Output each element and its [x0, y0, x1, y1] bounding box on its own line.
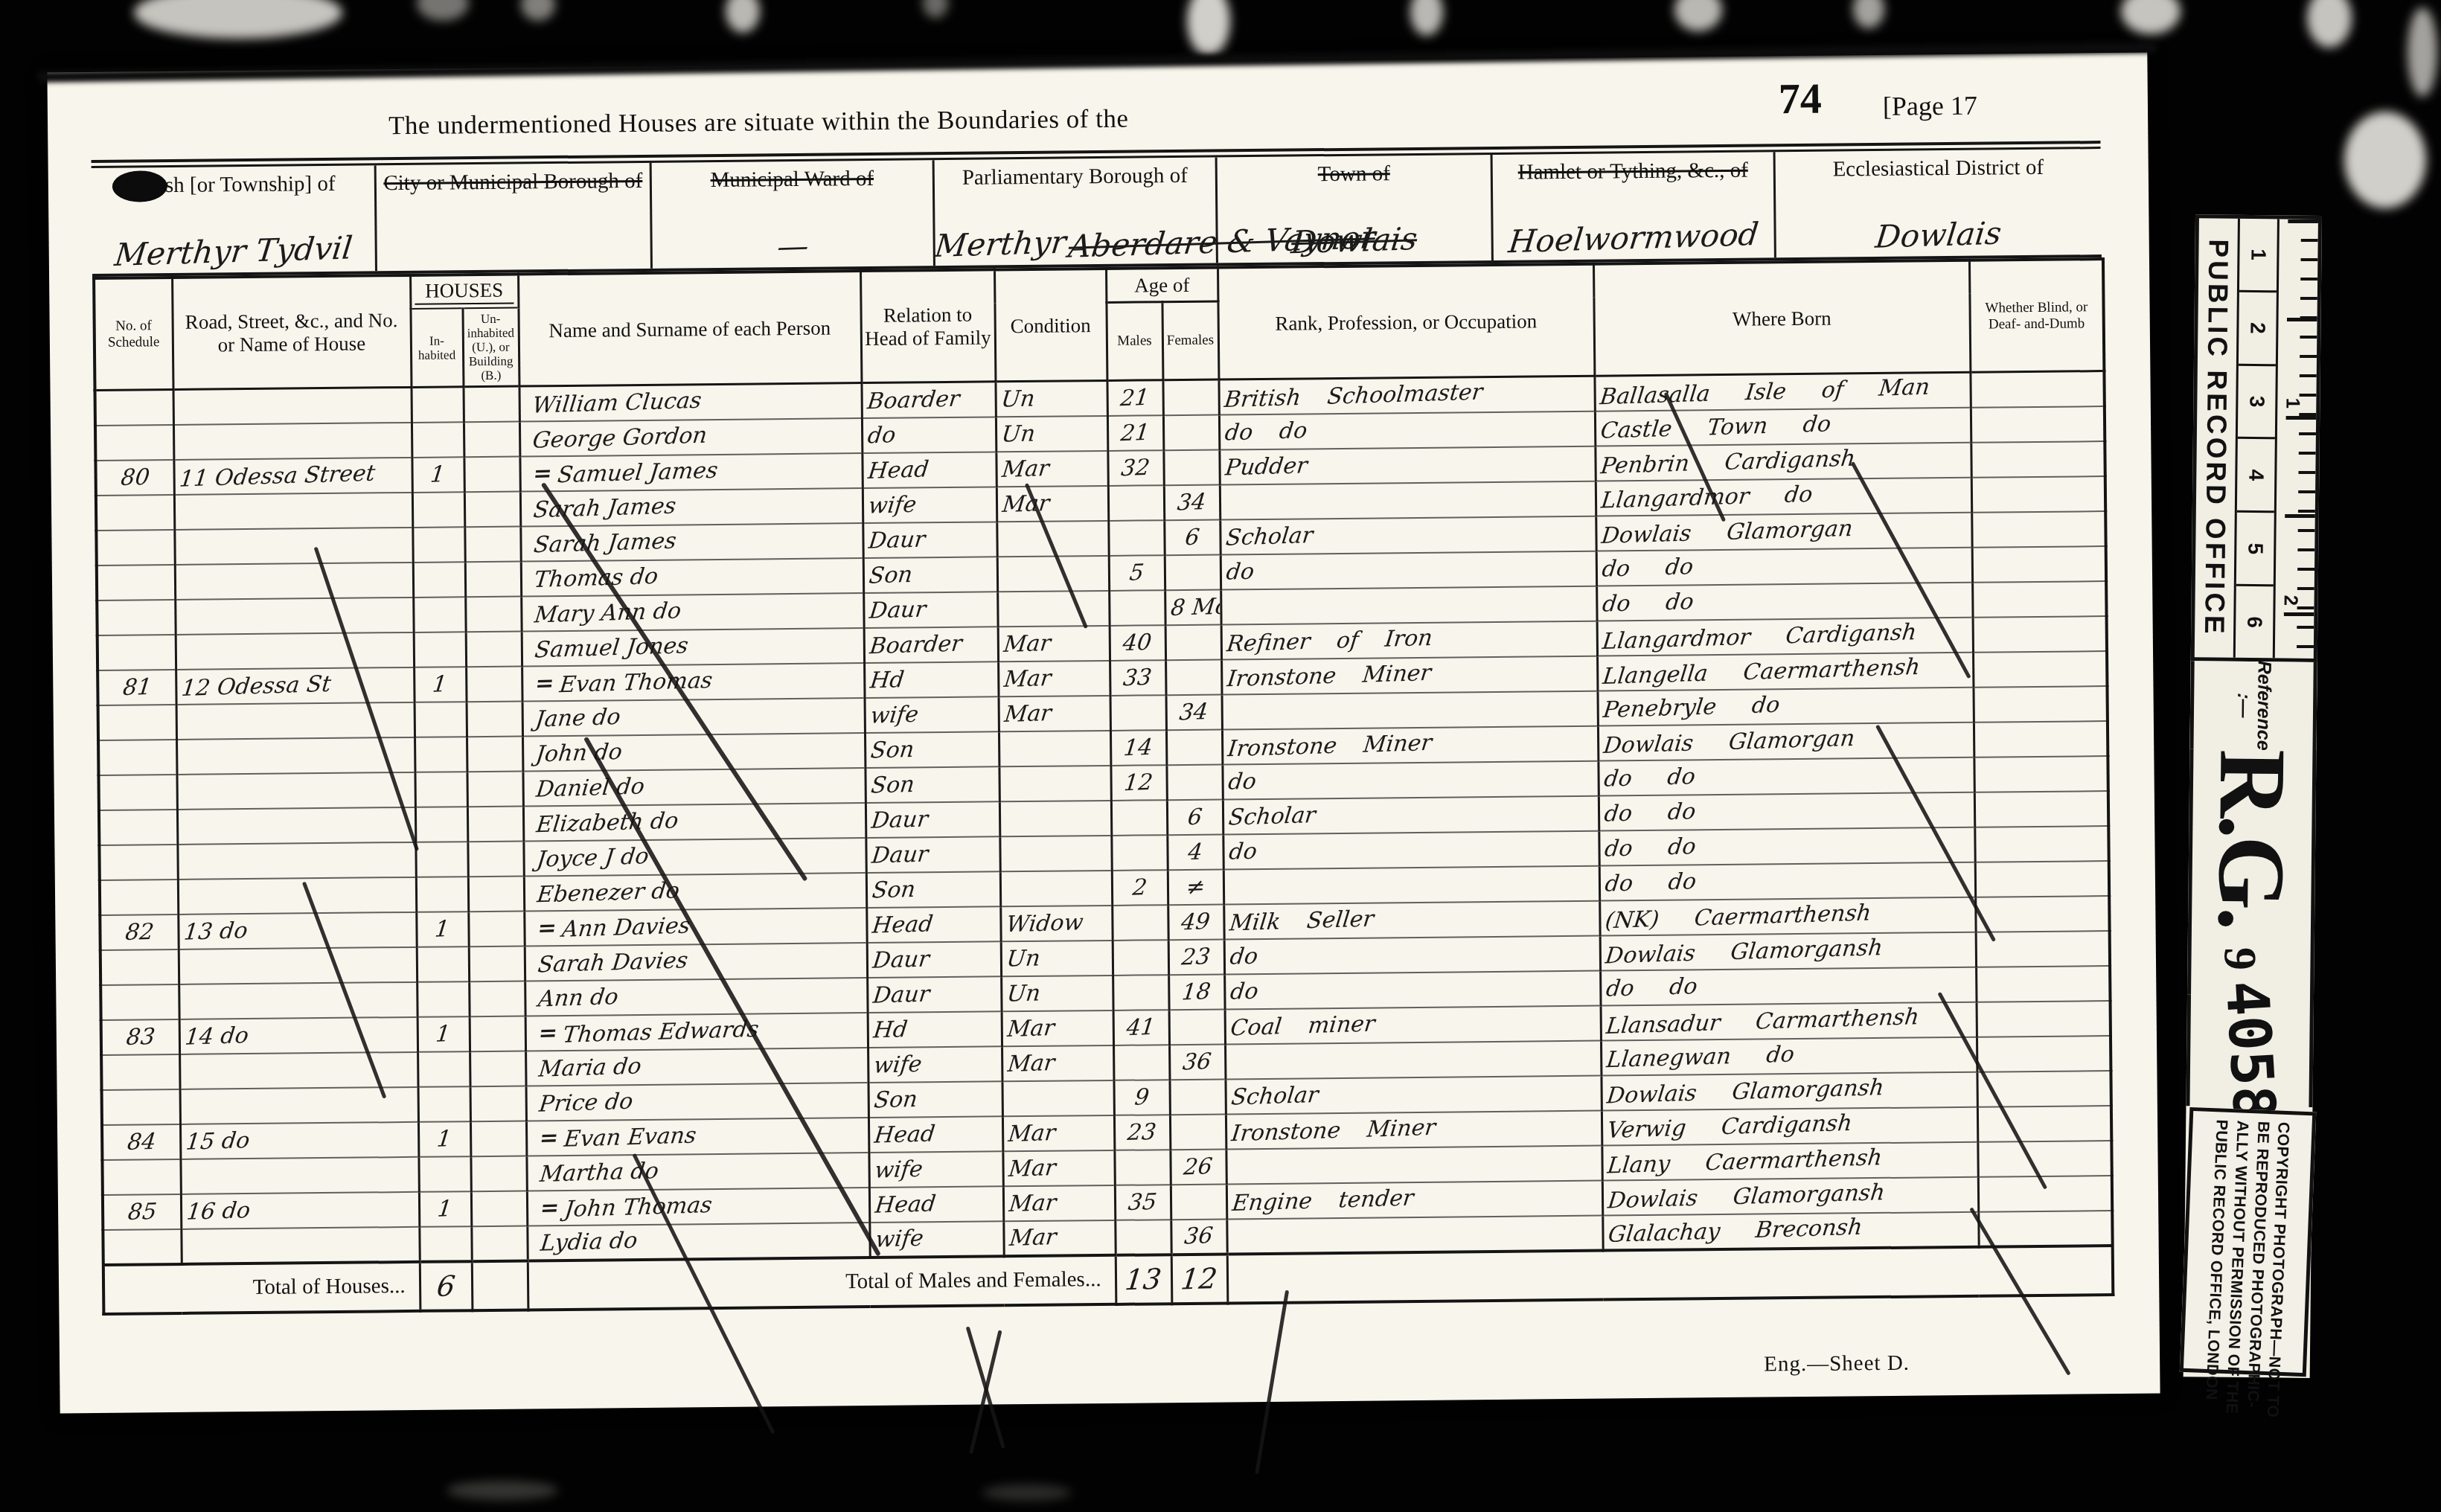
address-cell — [181, 1227, 419, 1264]
born-cell: Dowlais Glamorgansh — [1602, 1177, 1978, 1216]
age-male-cell: 40 — [1110, 625, 1165, 661]
occupation-cell: Engine tender — [1226, 1180, 1602, 1219]
age-male-cell — [1115, 1220, 1171, 1255]
uninhabited-cell — [470, 1016, 525, 1051]
address-cell — [179, 947, 417, 984]
age-male-cell: 23 — [1114, 1115, 1170, 1150]
relation-cell: Hd — [868, 1011, 1002, 1048]
name-cell: Sarah Davies — [525, 943, 867, 981]
relation-cell: Daur — [866, 801, 999, 838]
condition-cell: Un — [1001, 941, 1113, 976]
age-female-cell: 6 — [1167, 799, 1223, 835]
age-male-cell — [1112, 905, 1168, 941]
infirmity-cell — [1974, 826, 2108, 862]
name-cell: Sarah James — [520, 488, 863, 526]
condition-cell: Mar — [1003, 1220, 1115, 1256]
born-cell: Llany Caermarthensh — [1602, 1142, 1977, 1181]
condition-cell: Un — [1001, 976, 1113, 1011]
name-cell: Daniel do — [522, 768, 865, 806]
born-cell: do do — [1598, 757, 1974, 796]
name-cell: Ebenezer do — [524, 873, 866, 911]
age-female-cell: 34 — [1164, 484, 1220, 520]
age-male-cell: 9 — [1113, 1080, 1169, 1115]
relation-cell: Head — [868, 1116, 1002, 1153]
piece-number: 4058 — [2213, 979, 2288, 1123]
series-code: R.G. — [2196, 749, 2308, 929]
scale-number: 6 — [2236, 586, 2274, 658]
born-cell: do do — [1600, 967, 1976, 1006]
field-parliamentary-borough: Parliamentary Borough of Merthyr Aberdar… — [932, 158, 1216, 266]
inhabited-cell: 1 — [412, 457, 464, 493]
address-cell — [173, 388, 412, 425]
schedule-cell: 84 — [102, 1124, 180, 1160]
field-borough: City or Municipal Borough of — [374, 163, 650, 272]
address-cell — [179, 1052, 418, 1089]
page-number-label: [Page 17 — [1883, 90, 1977, 122]
uninhabited-cell — [465, 596, 521, 632]
infirmity-cell — [1977, 1141, 2111, 1177]
film-artifact — [726, 0, 760, 33]
occupation-cell: do — [1224, 971, 1600, 1010]
age-female-cell: 36 — [1169, 1044, 1225, 1080]
film-artifact — [2121, 0, 2181, 34]
field-hamlet: Hamlet or Tything, &c., of Hoelwormwood — [1491, 152, 1774, 260]
reference-label: Reference :— — [2189, 661, 2317, 750]
total-females-value: 12 — [1180, 1262, 1219, 1296]
col-born: Where Born — [1593, 260, 1970, 377]
condition-cell: Un — [996, 416, 1107, 452]
relation-cell: Boarder — [861, 382, 995, 418]
age-female-cell: 36 — [1171, 1219, 1226, 1255]
occupation-cell: Ironstone Miner — [1222, 726, 1598, 765]
relation-cell: Head — [862, 452, 996, 488]
relation-cell: Son — [865, 766, 999, 803]
field-ecclesiastical-district: Ecclesiastical District of Dowlais — [1773, 149, 2102, 257]
field-parish: Parish [or Township] of Merthyr Tydvil — [92, 165, 375, 274]
age-male-cell: 5 — [1109, 555, 1165, 591]
film-artifact — [1410, 0, 1443, 36]
infirmity-cell — [1977, 1106, 2111, 1142]
infirmity-cell — [1973, 616, 2107, 653]
pen-stroke — [1255, 1290, 1289, 1474]
name-cell: Joyce J do — [523, 838, 866, 876]
age-female-cell: 26 — [1170, 1149, 1226, 1185]
born-cell: Dowlais Glamorgansh — [1600, 932, 1976, 971]
relation-cell: wife — [869, 1221, 1003, 1258]
condition-cell: Mar — [1002, 1010, 1113, 1046]
condition-cell — [1002, 1080, 1113, 1116]
address-cell — [176, 772, 415, 810]
infirmity-cell — [1972, 546, 2106, 583]
col-age: Age of — [1106, 268, 1218, 303]
schedule-cell — [102, 1089, 180, 1125]
uninhabited-cell — [465, 561, 521, 597]
name-cell: John do — [522, 733, 865, 771]
infirmity-cell — [1977, 1036, 2111, 1072]
field-label: Town of — [1318, 161, 1390, 186]
field-value: Merthyr — [933, 224, 1068, 264]
scale-number: 5 — [2236, 513, 2274, 586]
uninhabited-cell — [467, 701, 522, 737]
born-cell: Dowlais Glamorgansh — [1601, 1072, 1977, 1111]
field-label: City or Municipal Borough of — [383, 169, 642, 195]
name-cell: =John Thomas — [527, 1188, 869, 1226]
inhabited-cell — [412, 387, 464, 423]
occupation-cell — [1225, 1040, 1601, 1079]
occupation-cell: Ironstone Miner — [1226, 1110, 1602, 1149]
age-male-cell: 32 — [1107, 450, 1163, 486]
col-condition: Condition — [994, 269, 1107, 382]
infirmity-cell — [1971, 406, 2105, 443]
schedule-cell — [95, 425, 173, 461]
address-cell: 15 do — [180, 1122, 418, 1159]
address-cell: 13 do — [178, 912, 416, 949]
inhabited-cell: 1 — [414, 667, 466, 702]
schedule-cell — [98, 740, 176, 775]
age-female-cell — [1170, 1114, 1226, 1150]
infirmity-cell — [1978, 1176, 2112, 1212]
relation-cell: wife — [868, 1151, 1002, 1188]
inhabited-cell — [416, 877, 468, 912]
occupation-cell: Pudder — [1219, 446, 1595, 485]
ruler-inch-2: 2 — [2280, 595, 2303, 606]
age-female-cell — [1171, 1184, 1226, 1220]
age-male-cell: 33 — [1110, 660, 1165, 696]
schedule-start-mark: = — [539, 1195, 559, 1222]
scale-number: 1 — [2239, 219, 2277, 292]
total-houses-value: 6 — [435, 1269, 457, 1303]
schedule-cell — [100, 949, 179, 985]
ruler-ticks: 1 2 — [2273, 219, 2318, 659]
uninhabited-cell — [466, 666, 522, 702]
film-artifact — [1674, 0, 1722, 31]
infirmity-cell — [1974, 721, 2108, 757]
relation-cell: Head — [869, 1186, 1003, 1223]
infirmity-cell — [1970, 371, 2104, 408]
age-male-cell — [1113, 1045, 1169, 1080]
uninhabited-cell — [470, 1121, 526, 1156]
occupation-cell: Ironstone Miner — [1221, 656, 1597, 695]
relation-cell: Son — [863, 557, 997, 593]
address-cell — [178, 877, 416, 914]
field-value: Dowlais — [1874, 215, 2003, 255]
folio-number: 74 — [1779, 74, 1823, 124]
uninhabited-cell — [471, 1191, 527, 1226]
uninhabited-cell — [469, 981, 525, 1016]
age-male-cell: 21 — [1107, 380, 1162, 416]
condition-cell — [999, 836, 1111, 871]
inhabited-cell — [415, 702, 467, 737]
field-value: — — [775, 227, 810, 264]
name-cell: =Thomas Edwards — [525, 1013, 868, 1051]
born-cell: Glalachay Breconsh — [1602, 1212, 1978, 1251]
uninhabited-cell — [467, 841, 523, 877]
name-cell: =Samuel James — [519, 453, 862, 491]
age-female-cell: 34 — [1166, 694, 1222, 730]
address-cell — [179, 982, 417, 1019]
address-cell: 12 Odessa St — [176, 667, 414, 705]
uninhabited-cell — [470, 1086, 526, 1121]
uninhabited-cell — [470, 1156, 526, 1191]
schedule-start-mark: = — [536, 915, 556, 942]
name-cell: Jane do — [522, 698, 865, 736]
address-cell — [177, 842, 415, 880]
total-males-females-label: Total of Males and Females... — [528, 1255, 1116, 1310]
film-artifact — [2408, 7, 2437, 97]
relation-cell: Boarder — [864, 627, 998, 663]
schedule-cell: 83 — [101, 1019, 179, 1055]
born-cell: Ballasalla Isle of Man — [1594, 373, 1970, 411]
born-cell: Penebryle do — [1598, 688, 1974, 726]
born-cell: (NK) Caermarthensh — [1599, 897, 1975, 936]
age-male-cell — [1108, 520, 1164, 556]
born-cell: do do — [1599, 862, 1975, 901]
condition-cell: Mar — [996, 451, 1107, 487]
relation-cell: Hd — [864, 661, 998, 698]
infirmity-cell — [1974, 791, 2108, 827]
address-cell: 14 do — [179, 1017, 418, 1054]
age-male-cell: 35 — [1115, 1185, 1171, 1220]
infirmity-cell — [1975, 896, 2109, 932]
col-uninhabited: Un-inhabited (U.), or Building (B.) — [462, 308, 519, 387]
born-cell: Penbrin Cardigansh — [1595, 443, 1971, 481]
copyright-notice: COPYRIGHT PHOTOGRAPH—NOT TO BE REPRODUCE… — [2180, 1107, 2317, 1377]
inhabited-cell — [415, 772, 467, 807]
name-cell: =Evan Thomas — [522, 663, 864, 701]
uninhabited-cell — [467, 736, 522, 772]
film-artifact — [923, 0, 948, 18]
uninhabited-cell — [467, 806, 523, 842]
occupation-cell: Coal miner — [1225, 1005, 1601, 1044]
condition-cell: Mar — [1002, 1045, 1113, 1081]
uninhabited-cell — [471, 1226, 527, 1261]
relation-cell: Son — [868, 1081, 1002, 1118]
inhabited-cell — [412, 527, 464, 563]
relation-cell: Daur — [867, 941, 1001, 978]
address-cell: 11 Odessa Street — [173, 458, 412, 495]
inhabited-cell — [419, 1226, 471, 1262]
condition-cell — [1000, 871, 1112, 906]
infirmity-cell — [1977, 1001, 2111, 1037]
infirmity-cell — [1976, 931, 2110, 967]
name-cell: Ann do — [525, 978, 867, 1016]
age-male-cell: 21 — [1107, 415, 1163, 451]
address-cell — [174, 528, 412, 565]
age-male-cell — [1114, 1150, 1170, 1185]
relation-cell: wife — [868, 1046, 1002, 1083]
infirmity-cell — [1974, 756, 2108, 792]
age-male-cell — [1113, 940, 1168, 976]
schedule-cell: 81 — [97, 670, 176, 705]
occupation-cell — [1220, 586, 1596, 625]
schedule-cell — [100, 984, 179, 1020]
name-cell: George Gordon — [519, 418, 862, 456]
inhabited-cell — [415, 842, 467, 877]
reference-piece-box: 4058 — [2186, 994, 2314, 1107]
age-female-cell: 6 — [1164, 519, 1220, 555]
schedule-cell — [98, 775, 176, 810]
uninhabited-cell — [463, 386, 519, 422]
age-female-cell: 18 — [1168, 974, 1224, 1010]
schedule-start-mark: = — [538, 1125, 558, 1152]
census-page: The undermentioned Houses are situate wi… — [47, 52, 2160, 1413]
uninhabited-cell — [470, 1051, 525, 1086]
col-females: Females — [1162, 301, 1218, 380]
condition-cell — [999, 731, 1110, 766]
total-males-value: 13 — [1124, 1263, 1163, 1297]
infirmity-cell — [1971, 476, 2105, 513]
address-cell — [177, 807, 415, 845]
schedule-cell — [98, 705, 176, 740]
age-male-cell — [1111, 835, 1167, 871]
condition-cell — [997, 556, 1109, 592]
uninhabited-cell — [466, 631, 522, 667]
occupation-cell: do — [1223, 831, 1599, 870]
inhabited-cell — [414, 632, 466, 667]
pro-reference-strip: 1 2 1 2 3 4 5 6 PUBLIC RECORD OFFICE Ref… — [2195, 216, 2322, 1381]
field-ward: Municipal Ward of — — [650, 160, 933, 269]
occupation-cell: Scholar — [1223, 796, 1599, 835]
age-female-cell: 49 — [1168, 904, 1223, 940]
field-label: Ecclesiastical District of — [1832, 156, 2044, 182]
inhabited-cell — [418, 1051, 470, 1087]
age-male-cell — [1109, 590, 1165, 626]
born-cell: Llangardmor do — [1596, 478, 1971, 516]
occupation-cell: Milk Seller — [1223, 901, 1599, 940]
relation-cell: Head — [866, 906, 1000, 943]
age-female-cell — [1165, 624, 1221, 660]
born-cell: Llansadur Carmarthensh — [1601, 1002, 1977, 1041]
field-value: Hoelwormwood — [1507, 216, 1761, 260]
film-artifact — [521, 0, 555, 21]
born-cell: Castle Town do — [1595, 408, 1971, 446]
name-cell: Martha do — [526, 1153, 868, 1191]
scale-number: 4 — [2237, 439, 2275, 513]
col-infirmity: Whether Blind, or Deaf- and-Dumb — [1969, 259, 2104, 373]
name-cell: Mary Ann do — [521, 593, 863, 631]
film-artifact — [134, 0, 342, 39]
condition-cell: Mar — [998, 626, 1110, 661]
uninhabited-cell — [464, 456, 519, 492]
uninhabited-cell — [469, 946, 525, 981]
name-cell: William Clucas — [519, 383, 861, 421]
schedule-cell — [103, 1229, 181, 1265]
col-relation: Relation to Head of Family — [860, 269, 995, 383]
inhabited-cell: 1 — [416, 912, 468, 947]
age-male-cell: 41 — [1113, 1010, 1169, 1045]
condition-cell — [997, 591, 1109, 627]
inhabited-cell — [413, 562, 465, 598]
uninhabited-cell — [464, 491, 520, 527]
uninhabited-cell — [468, 911, 524, 946]
ruler-inch-1: 1 — [2281, 397, 2304, 409]
name-cell: Thomas do — [521, 558, 863, 596]
condition-cell: Widow — [1000, 906, 1112, 941]
relation-cell: Son — [865, 731, 999, 768]
born-cell: do do — [1599, 827, 1974, 866]
infirmity-cell — [1971, 441, 2105, 478]
page-title: The undermentioned Houses are situate wi… — [388, 104, 1129, 141]
schedule-cell: 85 — [103, 1194, 181, 1230]
born-cell: Llanegwan do — [1601, 1037, 1977, 1076]
pro-ruler: 1 2 1 2 3 4 5 6 PUBLIC RECORD OFFICE — [2191, 214, 2322, 662]
infirmity-cell — [1973, 651, 2107, 688]
age-male-cell: 14 — [1110, 730, 1166, 766]
field-label: Hamlet or Tything, &c., of — [1518, 158, 1748, 185]
film-artifact — [447, 1481, 558, 1500]
uninhabited-cell — [468, 876, 524, 912]
inhabited-cell — [418, 1156, 470, 1192]
born-cell: Dowlais Glamorgan — [1598, 723, 1974, 761]
field-value: Merthyr Tydvil — [113, 229, 354, 273]
address-cell — [180, 1157, 418, 1194]
name-cell: Maria do — [525, 1048, 868, 1086]
col-schedule: No. of Schedule — [94, 278, 173, 391]
age-female-cell — [1169, 1009, 1225, 1045]
scale-number: 3 — [2238, 365, 2276, 439]
address-cell: 16 do — [181, 1192, 419, 1229]
condition-cell: Un — [995, 381, 1107, 417]
film-artifact — [1853, 0, 1884, 28]
film-artifact — [2344, 112, 2426, 208]
col-name: Name and Surname of each Person — [518, 271, 861, 386]
address-cell — [173, 423, 412, 460]
inhabited-cell — [413, 597, 465, 632]
field-label: Municipal Ward of — [710, 167, 874, 192]
age-female-cell: 23 — [1168, 939, 1224, 975]
born-cell: Llangella Caermarthensh — [1597, 653, 1973, 691]
address-cell — [175, 598, 413, 635]
age-male-cell — [1110, 695, 1166, 731]
condition-cell: Mar — [998, 661, 1110, 696]
col-road: Road, Street, &c., and No. or Name of Ho… — [172, 275, 411, 390]
field-value: Dowlais — [1290, 220, 1419, 260]
occupation-cell: do do — [1219, 411, 1595, 450]
film-artifact — [982, 1484, 1072, 1501]
infirmity-cell — [1975, 861, 2109, 897]
occupation-cell — [1226, 1145, 1602, 1184]
reference-series: R.G. 9 — [2187, 749, 2316, 996]
schedule-cell — [95, 390, 173, 426]
name-cell: Samuel Jones — [522, 628, 864, 666]
name-cell: Elizabeth do — [523, 803, 866, 841]
condition-cell: Mar — [996, 486, 1108, 522]
schedule-cell — [100, 880, 178, 915]
age-female-cell — [1166, 764, 1222, 800]
schedule-cell — [96, 530, 174, 566]
uninhabited-cell — [464, 421, 519, 457]
inhabited-cell — [415, 807, 467, 842]
infirmity-cell — [1978, 1211, 2112, 1247]
address-cell — [176, 632, 414, 670]
age-male-cell — [1108, 485, 1164, 521]
inhabited-cell — [418, 1086, 470, 1122]
age-female-cell: 4 — [1167, 834, 1223, 870]
field-town: Town of Dowlais — [1215, 155, 1491, 263]
col-houses: HOUSES — [410, 275, 518, 310]
name-cell: Lydia do — [527, 1223, 869, 1260]
age-male-cell — [1111, 800, 1167, 836]
film-artifact — [417, 0, 469, 21]
field-label: Parliamentary Borough of — [962, 164, 1188, 190]
born-cell: Dowlais Glamorgan — [1596, 513, 1971, 551]
age-male-cell: 2 — [1112, 870, 1168, 906]
relation-cell: Daur — [863, 522, 996, 558]
condition-cell: Mar — [1002, 1115, 1114, 1151]
uninhabited-cell — [464, 526, 520, 562]
occupation-cell — [1223, 866, 1599, 905]
age-female-cell — [1165, 659, 1221, 695]
